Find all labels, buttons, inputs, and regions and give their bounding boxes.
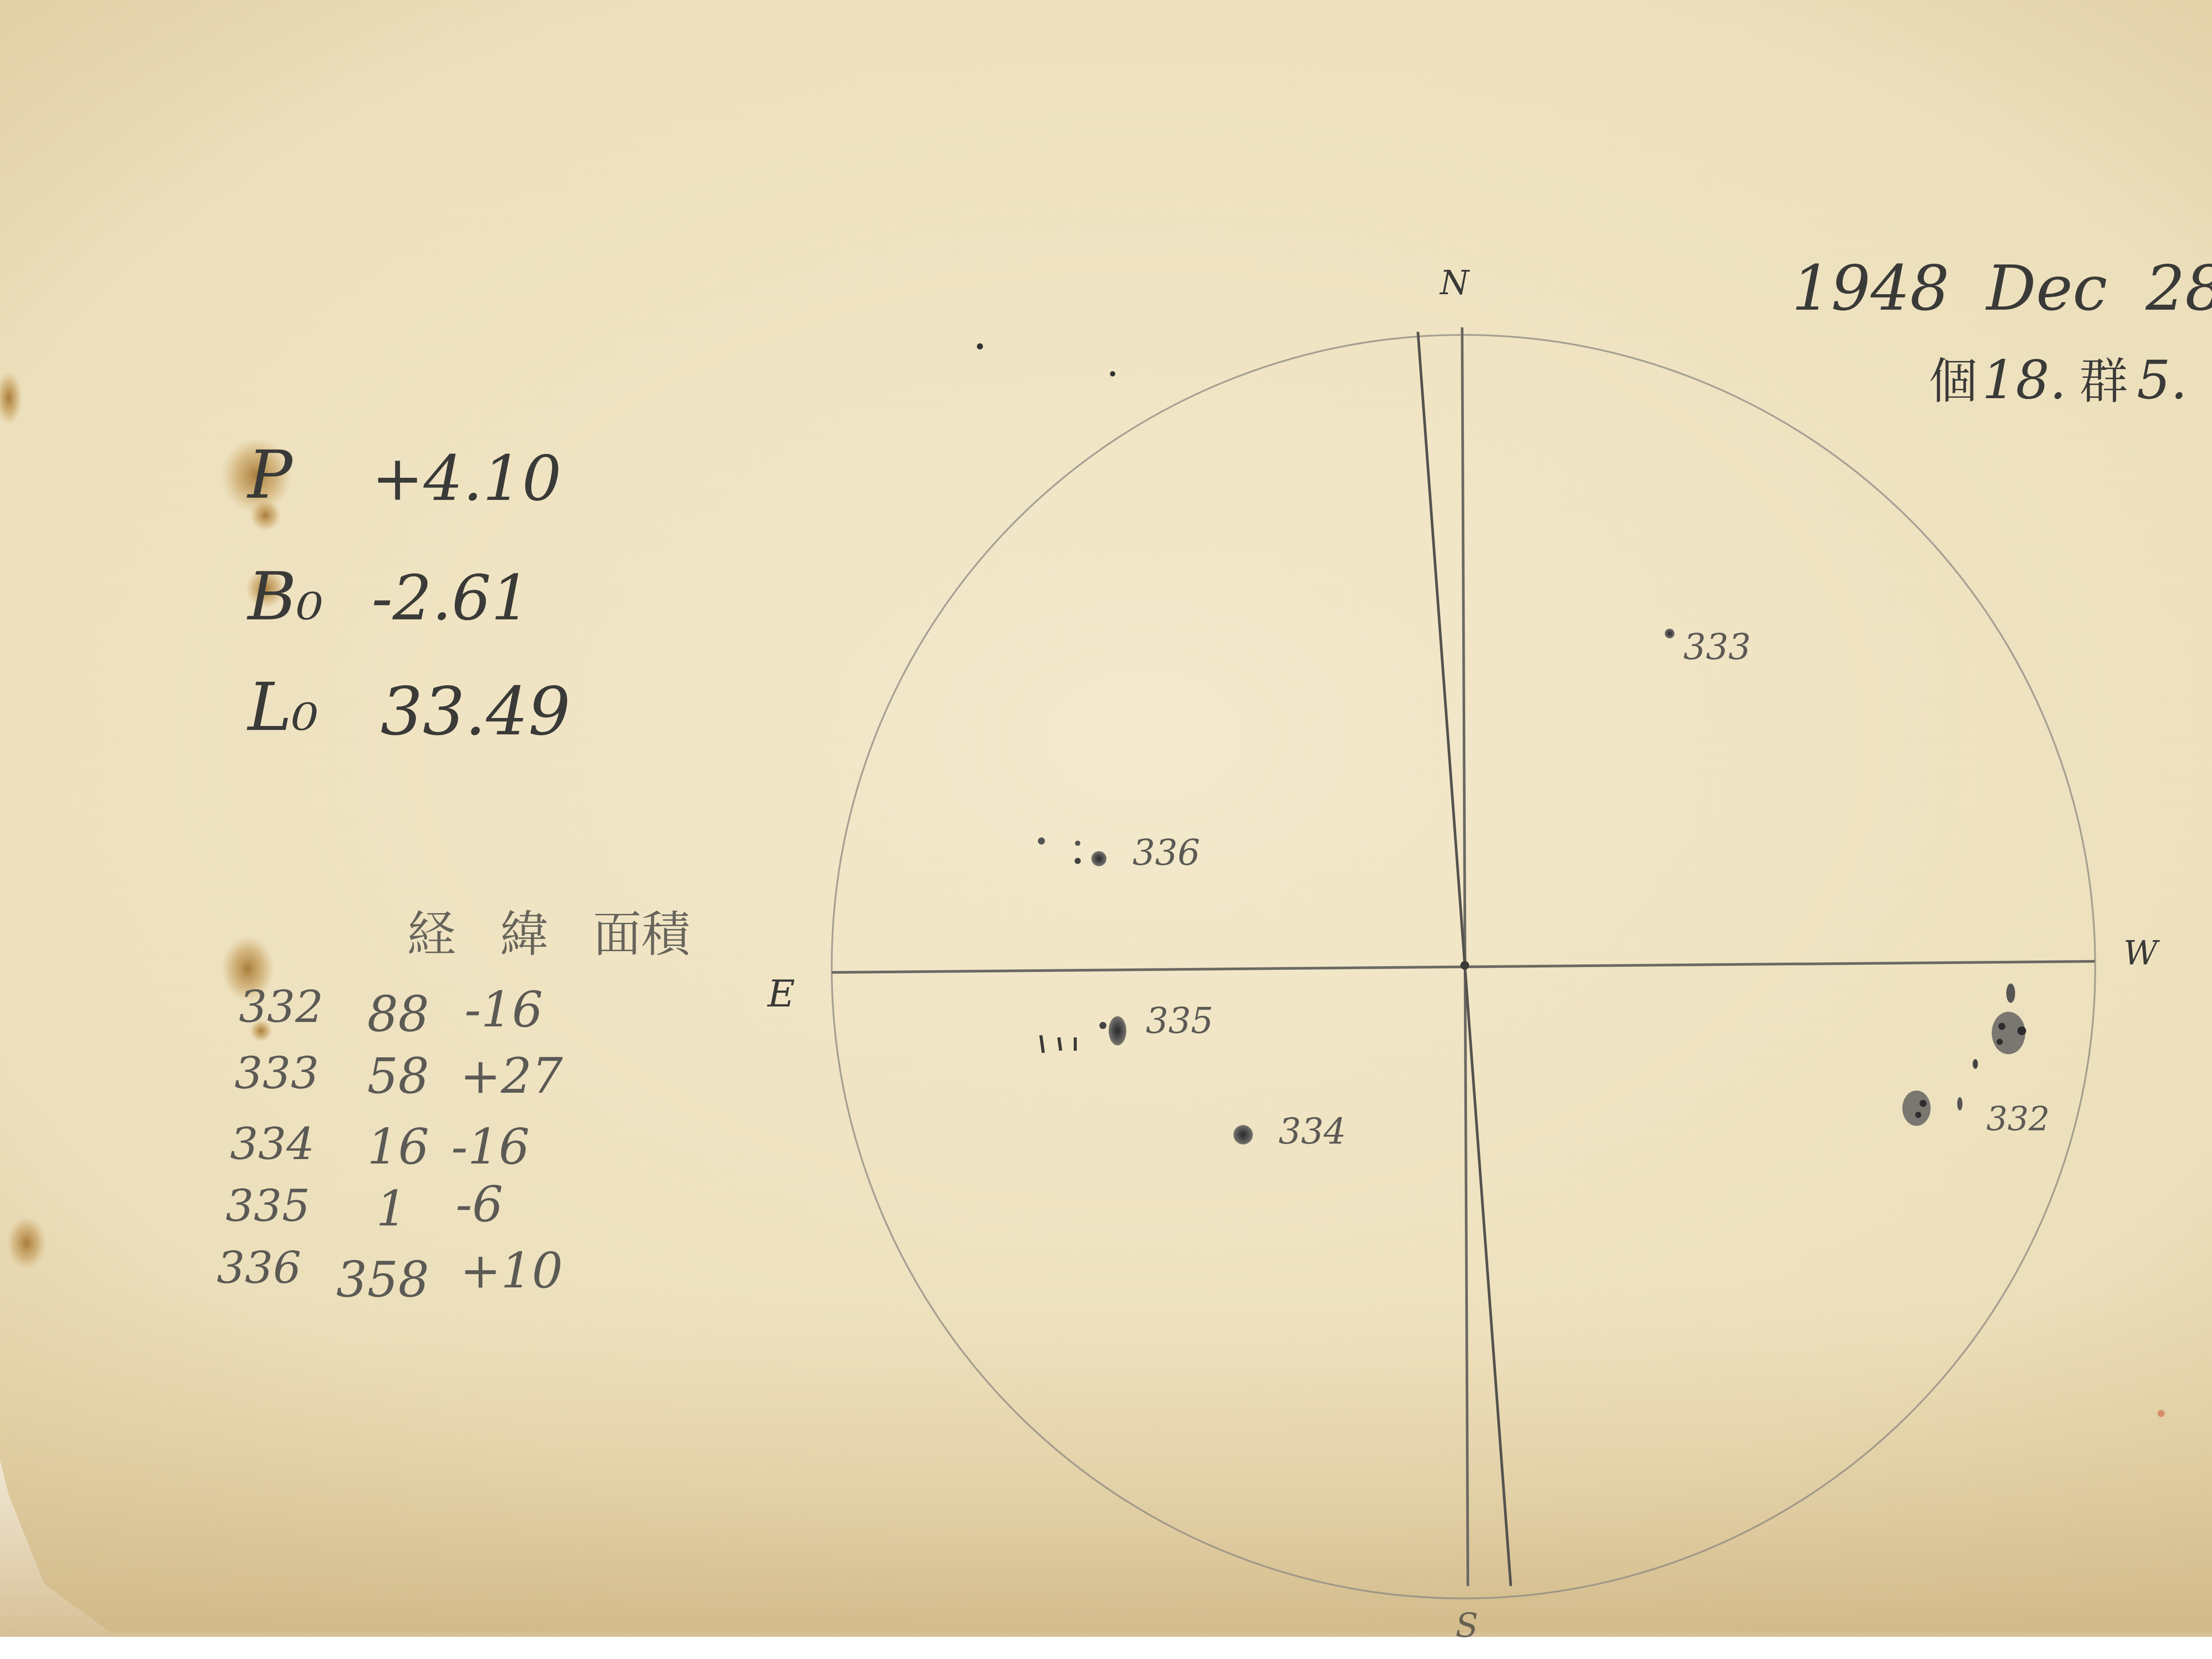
table-header-area: 面積 [593,906,694,963]
sunspot [1075,858,1081,864]
sunspot [1973,1059,1978,1069]
row-group-number: 334 [230,1118,315,1170]
row-group-number: 336 [217,1242,301,1294]
sunspot [1038,837,1045,845]
sunspot-umbra [1998,1023,2005,1030]
ephemeris-label-b0: B₀ [246,558,323,635]
row-latitude: +10 [460,1242,563,1299]
row-latitude: +27 [460,1048,563,1104]
stain [7,1217,46,1270]
group-label: 333 [1683,626,1751,668]
row-latitude: -16 [451,1118,530,1175]
sunspot [1109,1016,1126,1045]
sunspot [1665,629,1674,638]
sunspot [1957,1097,1962,1110]
table-header-latitude: 緯 [500,906,549,963]
row-longitude: 358 [336,1251,429,1308]
north-label: N [1439,263,1470,302]
observation-year: 1948 [1792,253,1949,325]
sunspot [1233,1125,1253,1144]
row-group-number: 335 [226,1180,310,1232]
group-count-label: 群 [2079,353,2128,410]
speck [1110,371,1115,376]
ephemeris-label-p: P [246,437,294,514]
west-label: W [2124,933,2160,972]
observation-day: 28. [2145,253,2212,325]
speck [977,343,983,349]
spot-count-value: 18. [1982,349,2066,411]
sunspot [1074,1037,1077,1051]
ephemeris-label-l0: L₀ [246,669,319,746]
table-header-longitude: 経 [407,906,456,963]
observation-month: Dec [1985,253,2108,325]
south-label: S [1455,1606,1478,1645]
ephemeris-value-p: +4.10 [372,443,561,515]
ephemeris-value-b0: -2.61 [372,562,530,634]
sunspot-observation-sheet: 1948 Dec 28. 10ʰ 個 18. 群 5. 相対 68 P +4.1… [0,0,2212,1659]
sheet-canvas: 1948 Dec 28. 10ʰ 個 18. 群 5. 相対 68 P +4.1… [0,0,2212,1659]
group-label: 332 [1986,1099,2050,1138]
group-count-value: 5. [2137,349,2188,411]
group-label: 334 [1279,1111,1346,1152]
row-longitude: 16 [367,1118,429,1175]
sunspot [1902,1091,1931,1126]
row-group-number: 332 [239,981,323,1033]
disk-center-mark [1460,961,1469,970]
table-row: 334 16 -16 [230,1118,530,1175]
group-label: 336 [1133,832,1200,873]
row-latitude: -6 [456,1176,503,1233]
row-group-number: 333 [234,1047,319,1099]
row-latitude: -16 [465,981,543,1038]
sunspot [2006,983,2015,1003]
row-longitude: 88 [367,986,429,1042]
row-longitude: 1 [376,1180,407,1237]
table-row: 333 58 +27 [234,1047,563,1104]
speck [2158,1410,2165,1417]
sunspot [1091,851,1106,866]
sunspot-umbra [1997,1039,2003,1045]
spot-count-label: 個 [1929,353,1978,410]
paper-bottom-tone [0,1283,2212,1637]
sunspot-umbra [1920,1100,1927,1107]
group-label: 335 [1146,1000,1214,1041]
sunspot [1075,841,1080,846]
sunspot-umbra [2017,1026,2026,1035]
east-label: E [767,972,795,1016]
sunspot-umbra [1915,1112,1921,1118]
ephemeris-value-l0: 33.49 [380,673,570,750]
row-longitude: 58 [367,1048,429,1104]
sunspot [1099,1022,1106,1029]
